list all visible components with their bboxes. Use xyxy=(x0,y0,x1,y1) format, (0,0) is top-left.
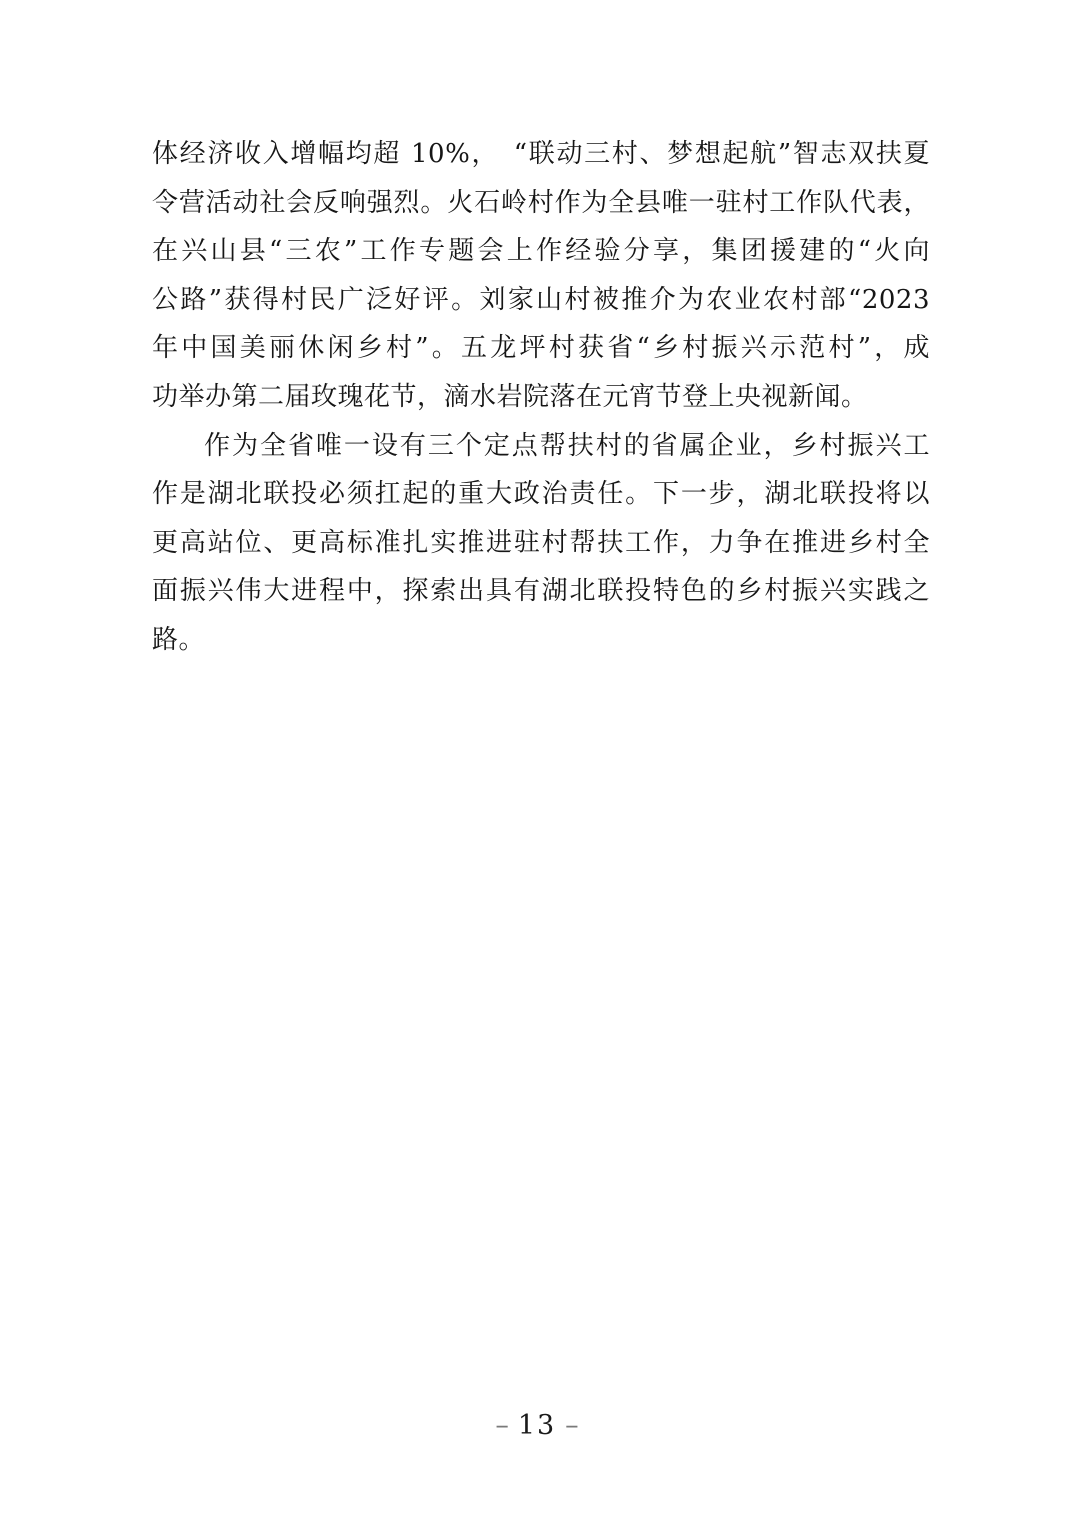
text-line: 体经济收入增幅均超 10%， “联动三村、梦想起航”智志双扶夏 xyxy=(152,130,930,179)
text-line: 公路”获得村民广泛好评。刘家山村被推介为农业农村部“2023 xyxy=(152,276,930,325)
text-line: 令营活动社会反响强烈。火石岭村作为全县唯一驻村工作队代表， xyxy=(152,179,930,228)
text-line: 路。 xyxy=(152,616,930,665)
body-text: 体经济收入增幅均超 10%， “联动三村、梦想起航”智志双扶夏 令营活动社会反响… xyxy=(152,130,930,665)
page-number: 13 xyxy=(518,1410,556,1441)
text-line: 更高站位、更高标准扎实推进驻村帮扶工作，力争在推进乡村全 xyxy=(152,519,930,568)
text-line: 面振兴伟大进程中，探索出具有湖北联投特色的乡村振兴实践之 xyxy=(152,567,930,616)
text-line: 作是湖北联投必须扛起的重大政治责任。下一步，湖北联投将以 xyxy=(152,470,930,519)
footer-dash-right: – xyxy=(565,1410,579,1441)
document-page: 体经济收入增幅均超 10%， “联动三村、梦想起航”智志双扶夏 令营活动社会反响… xyxy=(0,0,1074,1520)
text-line: 功举办第二届玫瑰花节，滴水岩院落在元宵节登上央视新闻。 xyxy=(152,373,930,422)
footer-dash-left: – xyxy=(495,1410,509,1441)
page-footer: –13– xyxy=(0,1408,1074,1444)
text-line: 在兴山县“三农”工作专题会上作经验分享，集团援建的“火向 xyxy=(152,227,930,276)
text-line: 作为全省唯一设有三个定点帮扶村的省属企业，乡村振兴工 xyxy=(152,422,930,471)
text-line: 年中国美丽休闲乡村”。五龙坪村获省“乡村振兴示范村”，成 xyxy=(152,324,930,373)
